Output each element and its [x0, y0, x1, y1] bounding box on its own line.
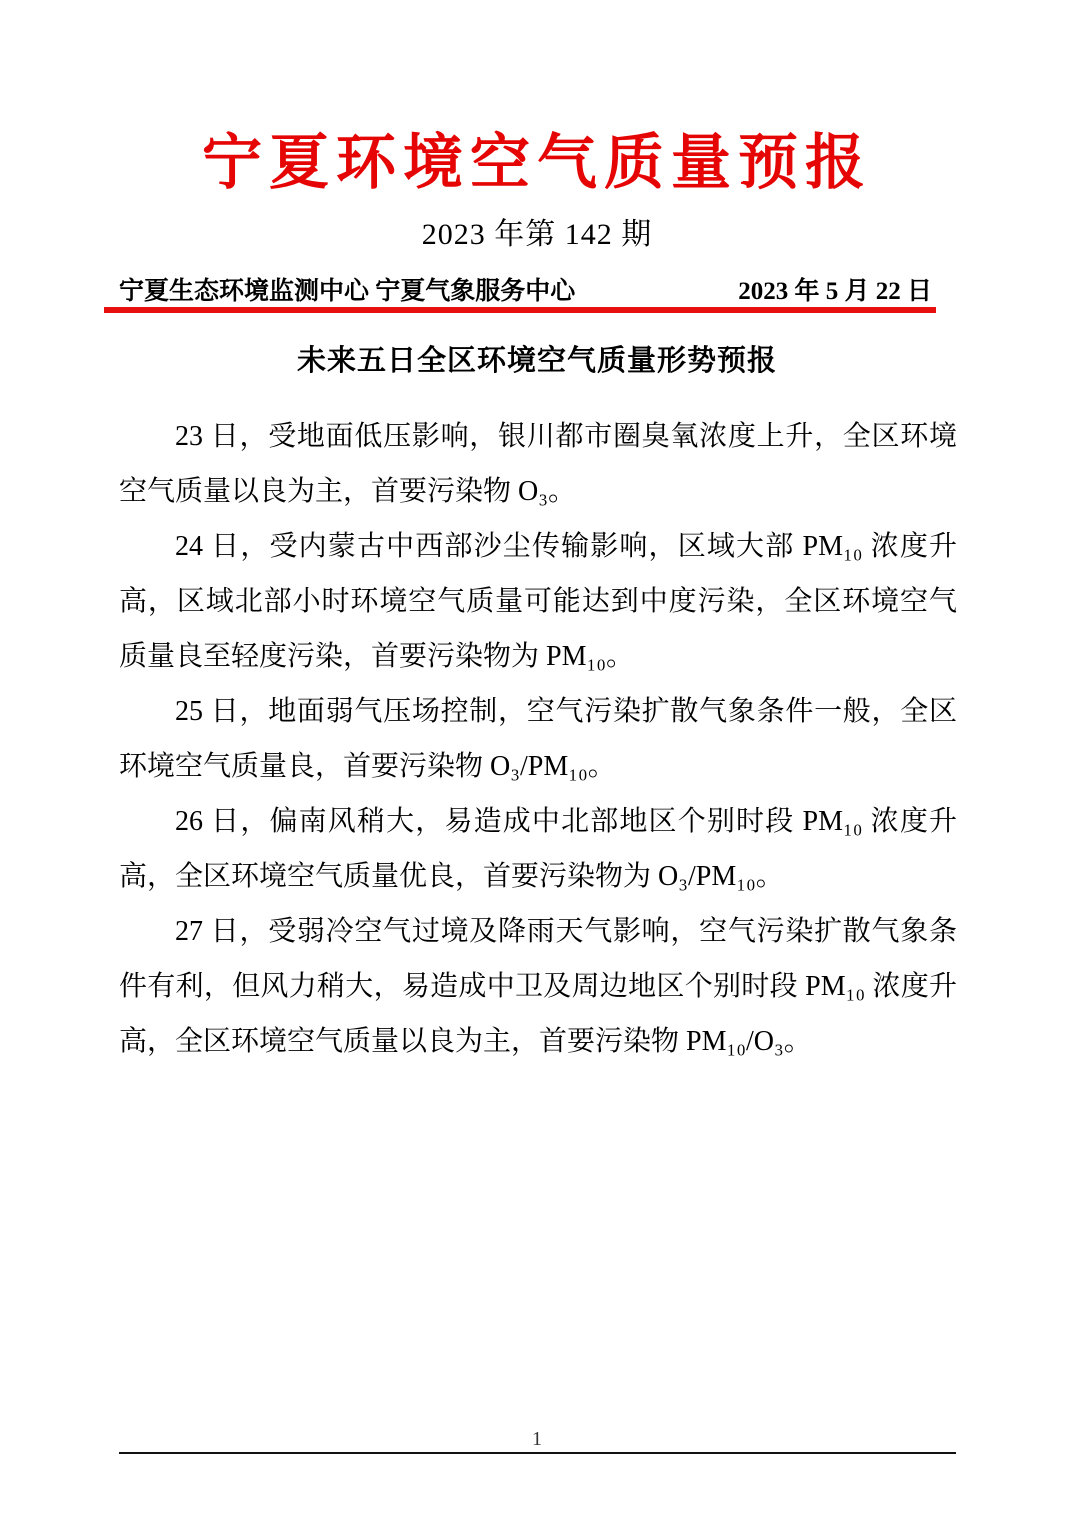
issuing-agencies: 宁夏生态环境监测中心 宁夏气象服务中心: [119, 276, 575, 308]
forecast-body: 23 日，受地面低压影响，银川都市圈臭氧浓度上升，全区环境空气质量以良为主，首要…: [119, 409, 957, 1069]
forecast-paragraph-day23: 23 日，受地面低压影响，银川都市圈臭氧浓度上升，全区环境空气质量以良为主，首要…: [119, 409, 957, 519]
forecast-paragraph-day27: 27 日，受弱冷空气过境及降雨天气影响，空气污染扩散气象条件有利，但风力稍大，易…: [119, 904, 957, 1069]
page-number: 1: [0, 1427, 1074, 1451]
footer-divider-rule: [119, 1452, 956, 1454]
document-title: 宁夏环境空气质量预报: [0, 126, 1074, 200]
forecast-paragraph-day25: 25 日，地面弱气压场控制，空气污染扩散气象条件一般，全区环境空气质量良，首要污…: [119, 684, 957, 794]
document-page: 宁夏环境空气质量预报 2023 年第 142 期 宁夏生态环境监测中心 宁夏气象…: [0, 0, 1074, 1520]
forecast-paragraph-day26: 26 日，偏南风稍大，易造成中北部地区个别时段 PM₁₀ 浓度升高，全区环境空气…: [119, 794, 957, 904]
section-title: 未来五日全区环境空气质量形势预报: [0, 342, 1074, 380]
forecast-paragraph-day24: 24 日，受内蒙古中西部沙尘传输影响，区域大部 PM₁₀ 浓度升高，区域北部小时…: [119, 519, 957, 684]
masthead-row: 宁夏生态环境监测中心 宁夏气象服务中心 2023 年 5 月 22 日: [119, 276, 956, 308]
issue-number: 2023 年第 142 期: [0, 216, 1074, 254]
red-divider-rule: [104, 307, 936, 313]
issue-date: 2023 年 5 月 22 日: [738, 276, 932, 308]
